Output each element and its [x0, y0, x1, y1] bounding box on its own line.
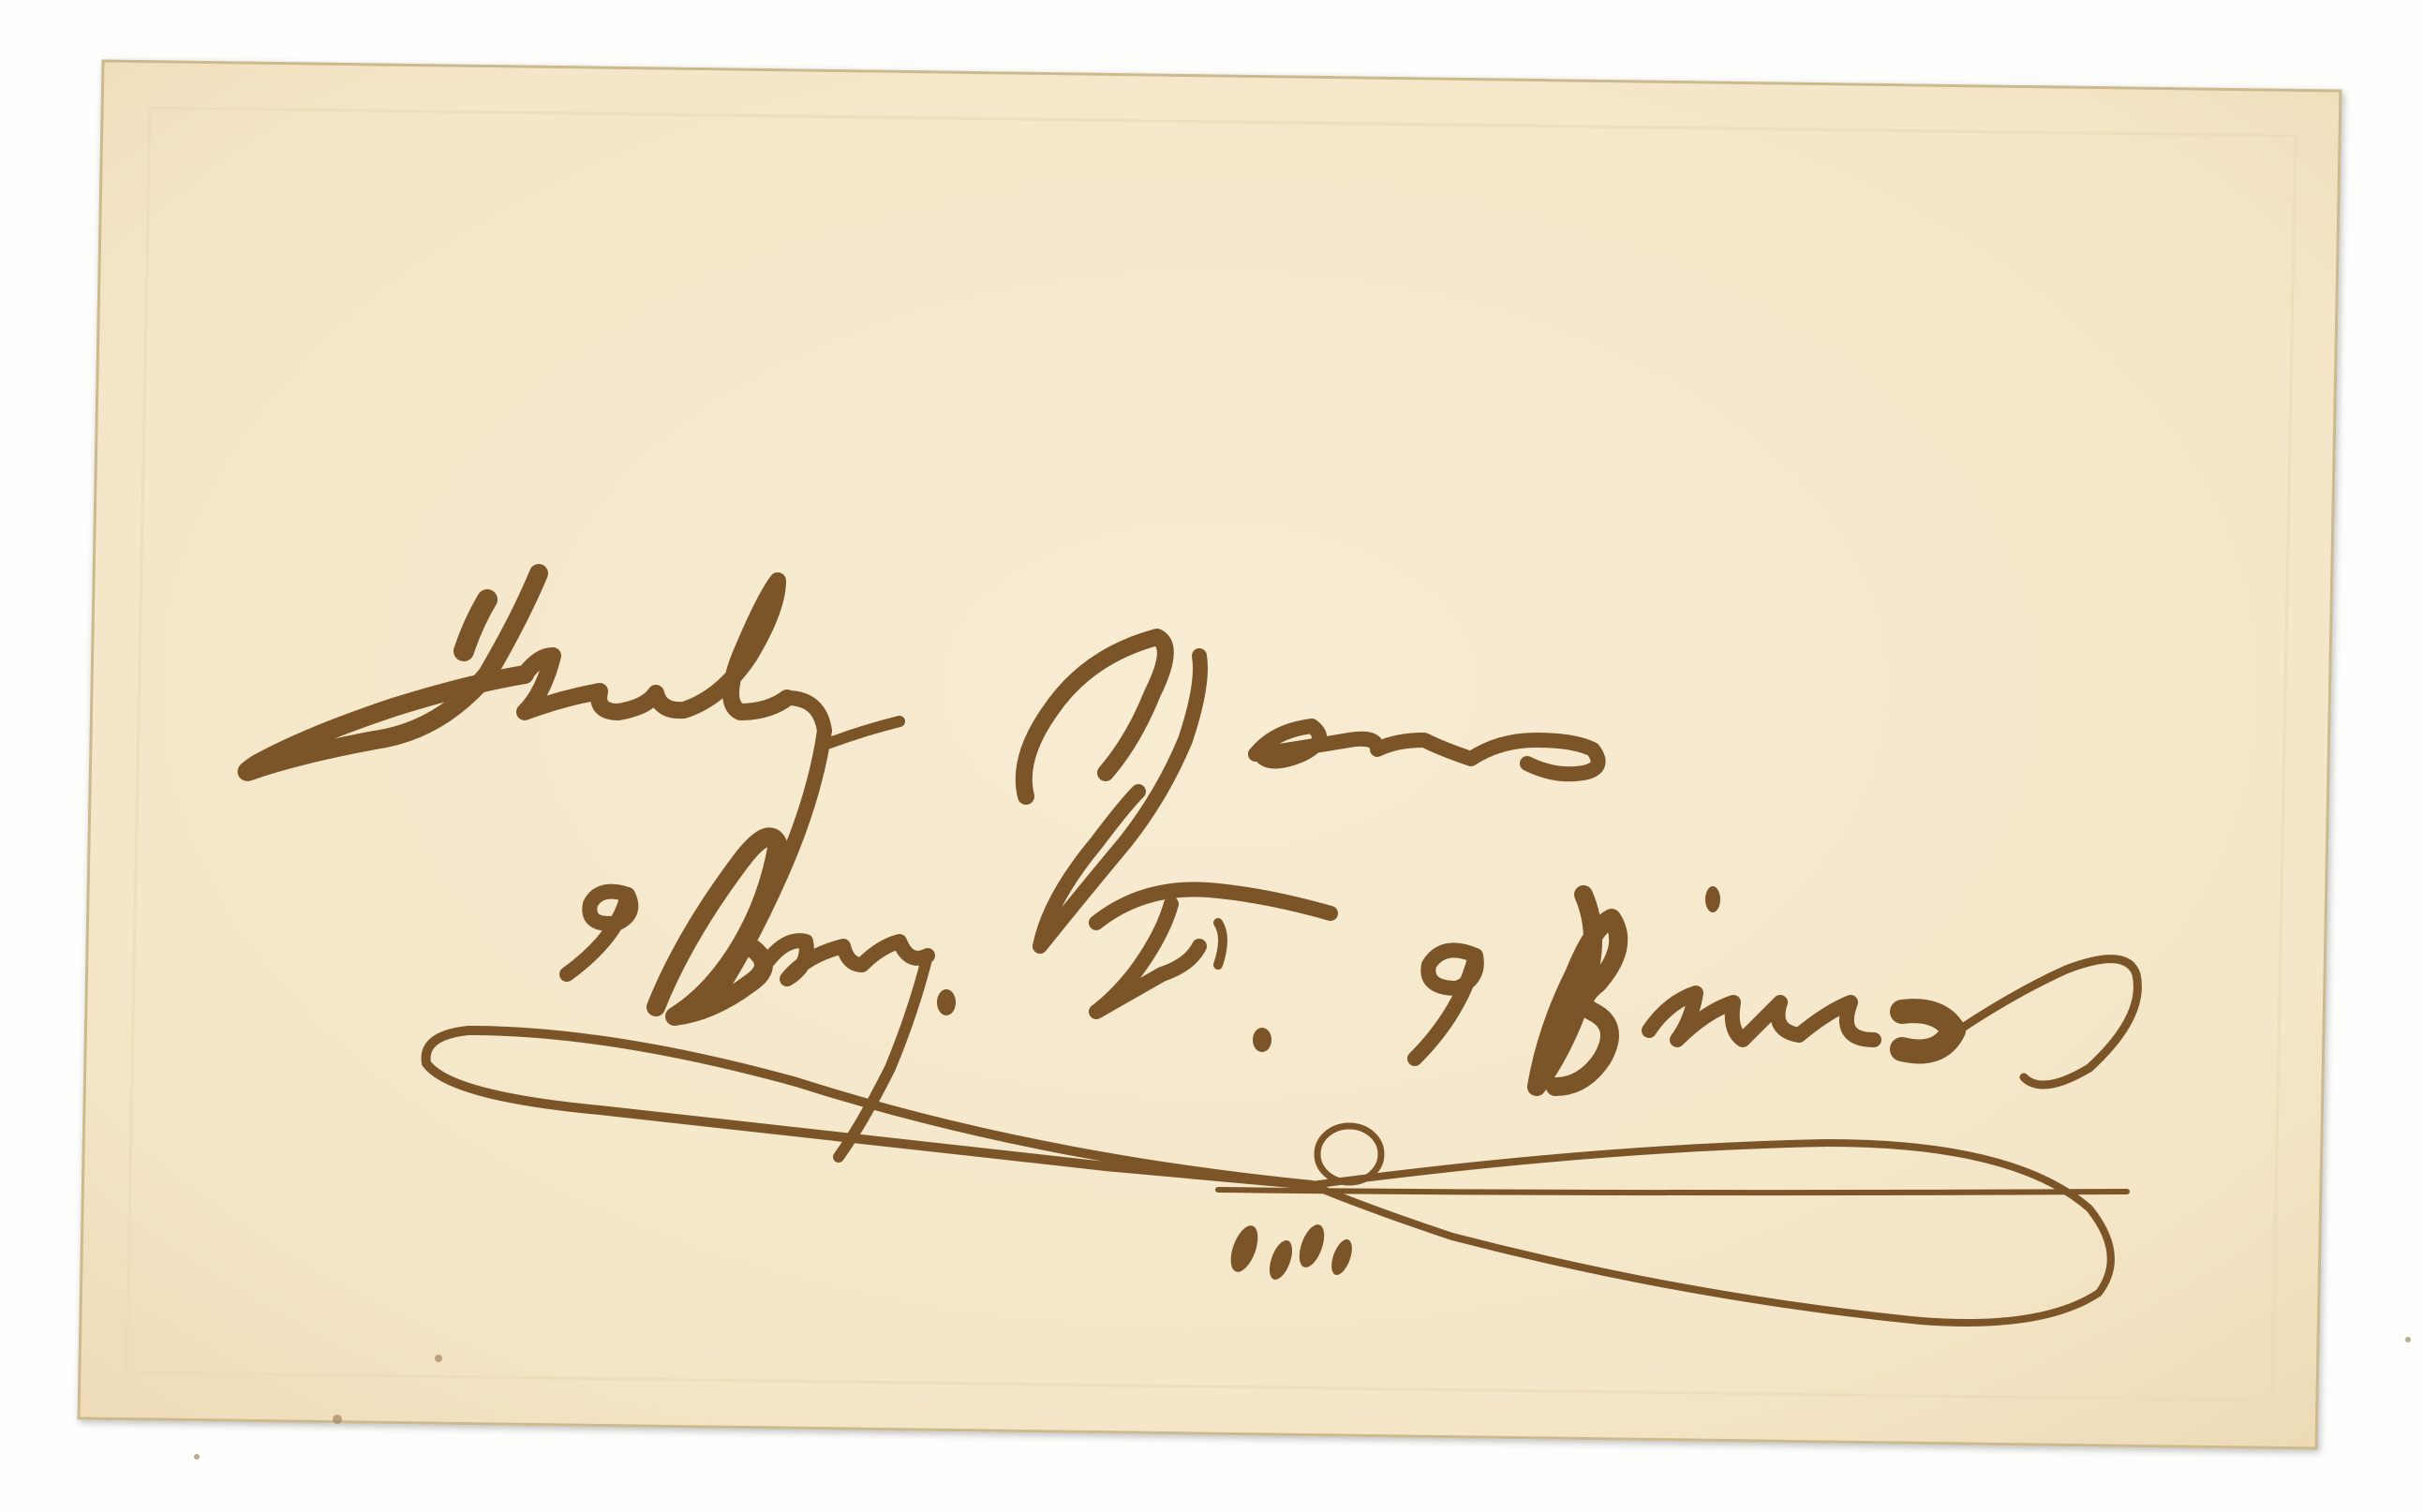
scanned-card-scene: Truly Yours Benj. F. Brice: [0, 0, 2423, 1512]
calling-card: [79, 61, 2341, 1448]
card-illustration: [0, 0, 2423, 1512]
